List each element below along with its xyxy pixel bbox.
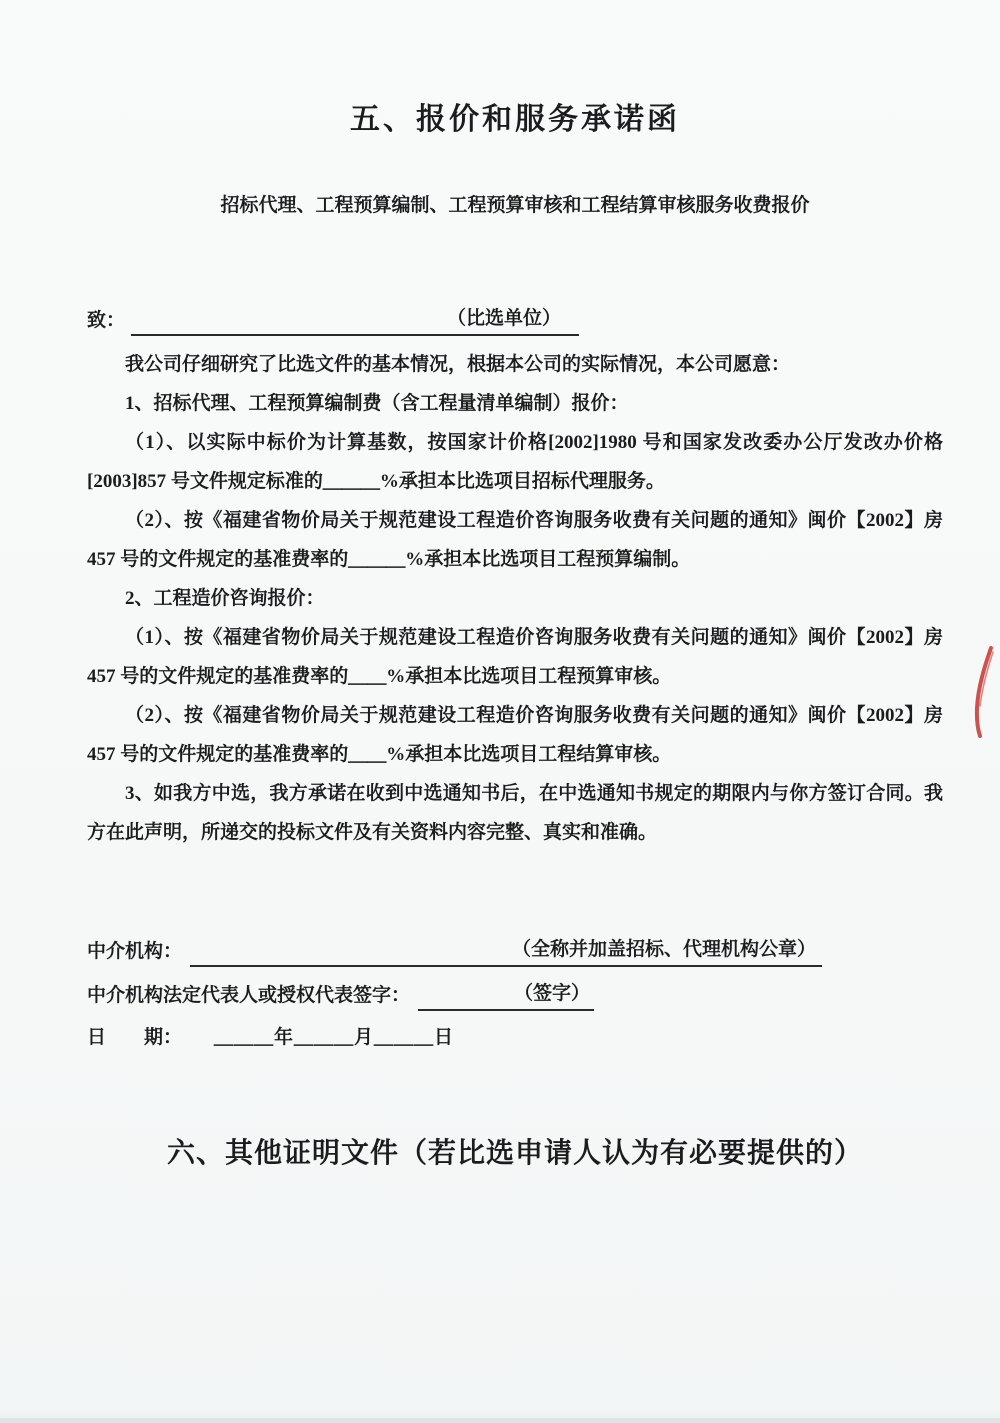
section-six-heading: 六、其他证明文件（若比选申请人认为有必要提供的）	[87, 1133, 943, 1175]
paragraph-item2-sub2: （2）、按《福建省物价局关于规范建设工程造价咨询服务收费有关问题的通知》闽价【2…	[87, 696, 943, 774]
signer-blank-field: （签字）	[418, 978, 594, 1011]
red-ink-mark	[970, 646, 996, 738]
paragraph-item1: 1、招标代理、工程预算编制费（含工程量清单编制）报价：	[87, 384, 943, 423]
document-body: 我公司仔细研究了比选文件的基本情况，根据本公司的实际情况，本公司愿意： 1、招标…	[87, 345, 943, 852]
paragraph-item1-sub2: （2）、按《福建省物价局关于规范建设工程造价咨询服务收费有关问题的通知》闽价【2…	[87, 501, 943, 579]
agency-blank-field: （全称并加盖招标、代理机构公章）	[190, 934, 822, 967]
addressee-blank-field: （比选单位）	[131, 304, 579, 336]
agency-label: 中介机构：	[87, 936, 182, 967]
document-subtitle: 招标代理、工程预算编制、工程预算审核和工程结算审核服务收费报价	[87, 192, 943, 220]
signer-line: 中介机构法定代表人或授权代表签字： （签字）	[87, 978, 943, 1011]
date-line: 日 期： ＿＿＿年＿＿＿月＿＿＿日	[87, 1022, 943, 1053]
scanned-document-page: 五、报价和服务承诺函 招标代理、工程预算编制、工程预算审核和工程结算审核服务收费…	[0, 0, 1000, 1423]
scan-bottom-edge	[0, 1418, 1000, 1423]
paragraph-item1-sub1: （1）、以实际中标价为计算基数，按国家计价格[2002]1980 号和国家发改委…	[87, 423, 943, 501]
paragraph-intro: 我公司仔细研究了比选文件的基本情况，根据本公司的实际情况，本公司愿意：	[87, 345, 943, 384]
date-blank-fields: ＿＿＿年＿＿＿月＿＿＿日	[214, 1022, 454, 1053]
addressee-line: 致： （比选单位）	[87, 304, 943, 336]
signer-label: 中介机构法定代表人或授权代表签字：	[87, 980, 410, 1011]
paragraph-item2-sub1: （1）、按《福建省物价局关于规范建设工程造价咨询服务收费有关问题的通知》闽价【2…	[87, 618, 943, 696]
addressee-note: （比选单位）	[447, 308, 561, 329]
paragraph-item2: 2、工程造价咨询报价：	[87, 579, 943, 618]
document-title: 五、报价和服务承诺函	[87, 0, 943, 142]
signer-note: （签字）	[514, 983, 590, 1004]
date-label: 日 期：	[87, 1022, 182, 1053]
agency-line: 中介机构： （全称并加盖招标、代理机构公章）	[87, 934, 943, 967]
addressee-label: 致：	[87, 306, 125, 336]
paragraph-item3: 3、如我方中选，我方承诺在收到中选通知书后，在中选通知书规定的期限内与你方签订合…	[87, 774, 943, 852]
signature-block: 中介机构： （全称并加盖招标、代理机构公章） 中介机构法定代表人或授权代表签字：…	[87, 934, 943, 1053]
agency-note: （全称并加盖招标、代理机构公章）	[512, 939, 816, 960]
